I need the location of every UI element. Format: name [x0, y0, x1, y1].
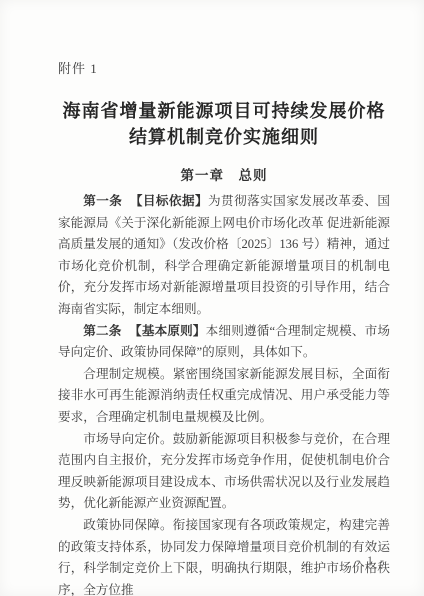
chapter-heading: 第一章 总则: [58, 164, 390, 184]
paragraph-text: 市场导向定价。鼓励新能源项目积极参与竞价，在合理范围内自主报价，充分发挥市场竞争…: [58, 432, 390, 511]
document-body: 第一条【目标依据】为贯彻落实国家发展改革委、国家能源局《关于深化新能源上网电价市…: [58, 191, 390, 596]
document-page: 附件 1 海南省增量新能源项目可持续发展价格 结算机制竞价实施细则 第一章 总则…: [0, 0, 424, 596]
document-content: 附件 1 海南省增量新能源项目可持续发展价格 结算机制竞价实施细则 第一章 总则…: [0, 0, 424, 596]
document-title: 海南省增量新能源项目可持续发展价格 结算机制竞价实施细则: [58, 98, 390, 150]
paragraph-principle-policy: 政策协同保障。衔接国家现有各项政策规定，构建完善的政策支持体系，协同发力保障增量…: [58, 515, 390, 596]
paragraph-article-2: 第二条【基本原则】本细则遵循“合理制定规模、市场导向定价、政策协同保障”的原则，…: [58, 321, 390, 364]
paragraph-article-1: 第一条【目标依据】为贯彻落实国家发展改革委、国家能源局《关于深化新能源上网电价市…: [58, 191, 390, 321]
document-title-line2: 结算机制竞价实施细则: [58, 124, 390, 150]
page-number: - 1 -: [356, 553, 386, 568]
paragraph-text: 政策协同保障。衔接国家现有各项政策规定，构建完善的政策支持体系，协同发力保障增量…: [58, 518, 390, 596]
article-tag: 【基本原则】: [129, 324, 206, 338]
article-tag: 【目标依据】: [130, 194, 208, 208]
paragraph-principle-pricing: 市场导向定价。鼓励新能源项目积极参与竞价，在合理范围内自主报价，充分发挥市场竞争…: [58, 429, 390, 515]
document-title-line1: 海南省增量新能源项目可持续发展价格: [58, 98, 390, 124]
attachment-label: 附件 1: [58, 58, 390, 77]
article-number: 第二条: [83, 324, 121, 338]
paragraph-text: 为贯彻落实国家发展改革委、国家能源局《关于深化新能源上网电价市场化改革 促进新能…: [58, 194, 390, 316]
paragraph-principle-scale: 合理制定规模。紧密围绕国家新能源发展目标，全面衔接非水可再生能源消纳责任权重完成…: [58, 364, 390, 429]
paragraph-text: 合理制定规模。紧密围绕国家新能源发展目标，全面衔接非水可再生能源消纳责任权重完成…: [58, 367, 390, 424]
article-number: 第一条: [83, 194, 122, 208]
